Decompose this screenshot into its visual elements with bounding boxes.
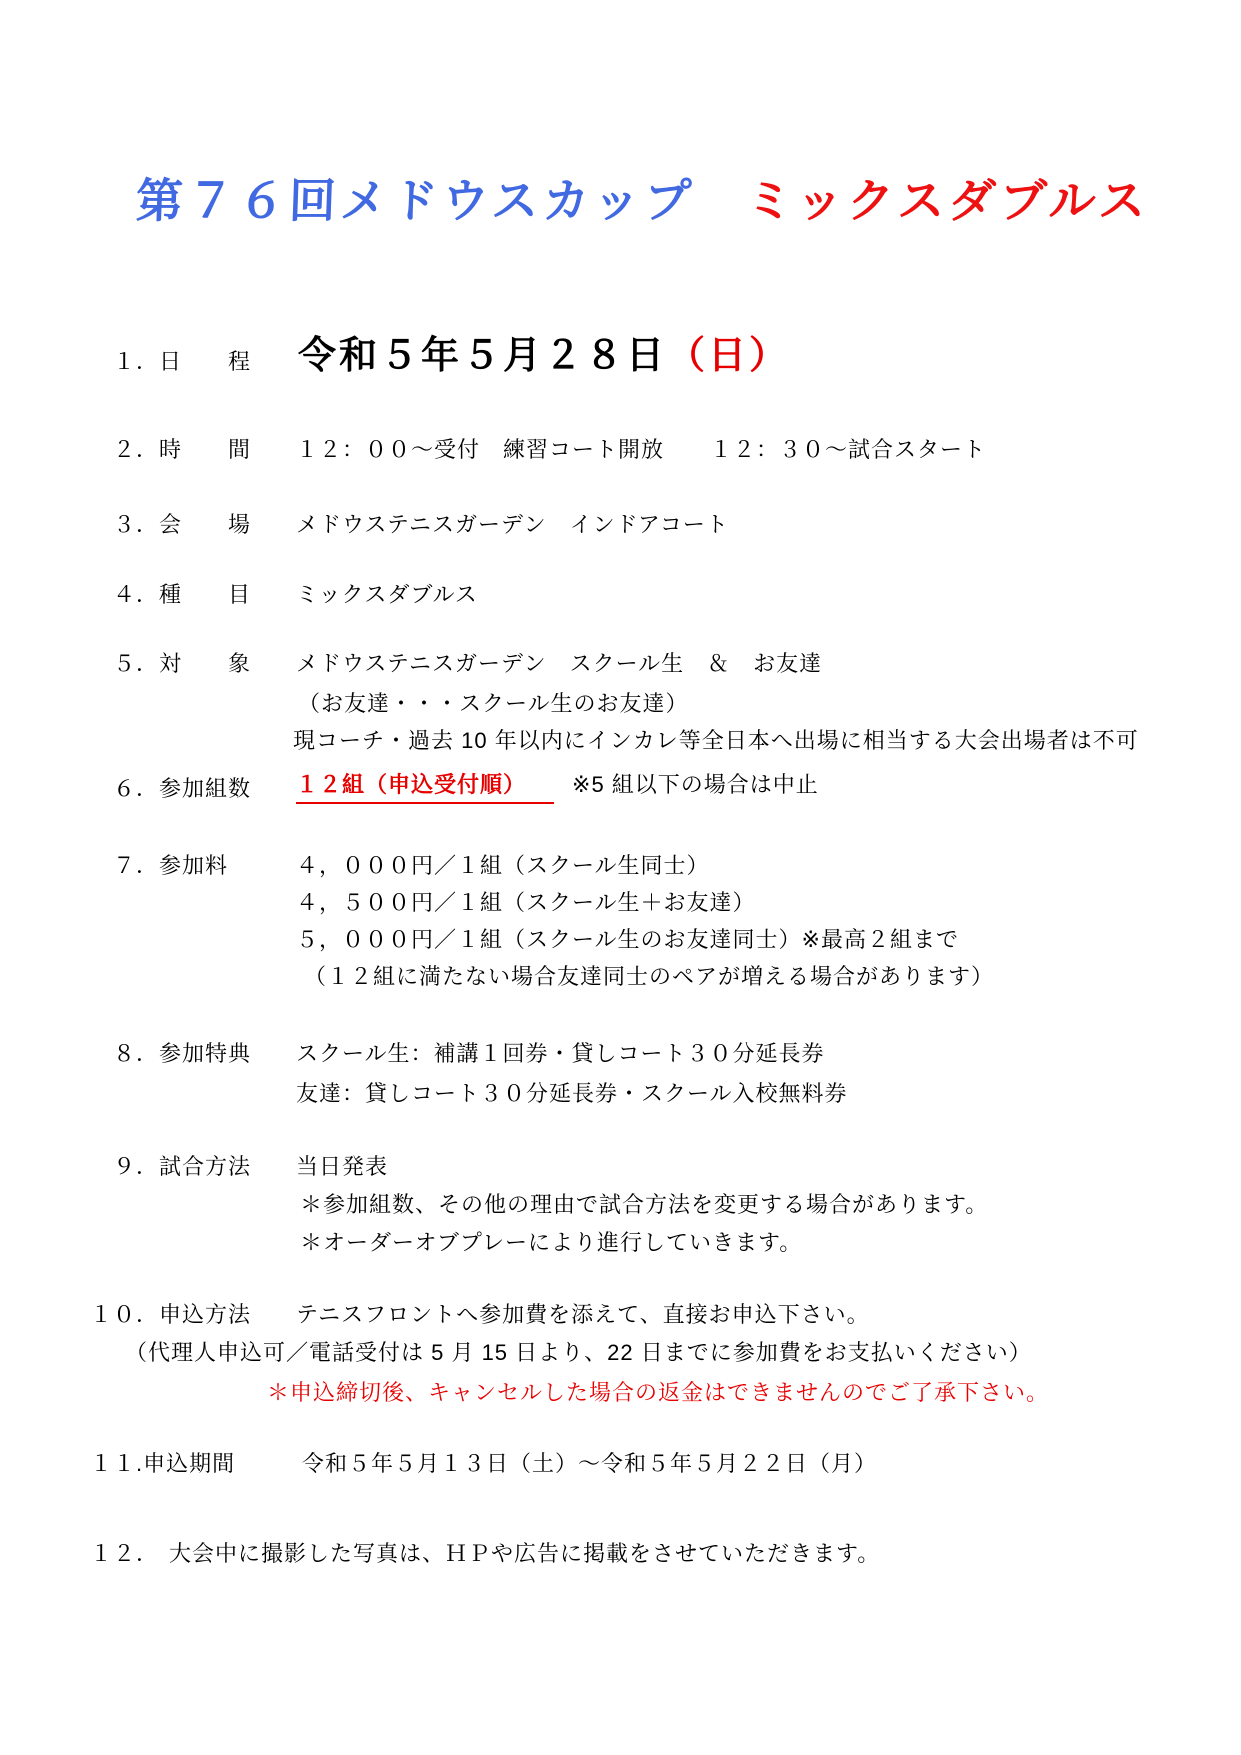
item7-label: ７．参加料 (113, 852, 228, 880)
item3-content: メドウステニスガーデン インドアコート (296, 511, 729, 539)
item5-label: ５．対 象 (113, 650, 251, 678)
item1-date-text: 令和５年５月２８日 (298, 335, 667, 377)
item12-content: 大会中に撮影した写真は、ＨＰや広告に掲載をさせていただきます。 (169, 1541, 880, 1566)
item8-label: ８．参加特典 (113, 1040, 251, 1068)
item5-content: メドウステニスガーデン スクール生 ＆ お友達 (296, 650, 822, 678)
item2-content: １２：００～受付 練習コート開放 １２：３０～試合スタート (296, 436, 986, 464)
item10-label: １０．申込方法 (90, 1301, 251, 1329)
item11-label: １１.申込期間 (90, 1450, 235, 1478)
tournament-flyer-page: 第７６回メドウスカップ ミックスダブルス １．日 程 令和５年５月２８日（日） … (0, 0, 1241, 1755)
item12-line: １２．大会中に撮影した写真は、ＨＰや広告に掲載をさせていただきます。 (90, 1540, 880, 1568)
item2-label: ２．時 間 (113, 436, 251, 464)
item10-note-no-refund: ＊申込締切後、キャンセルした場合の返金はできませんのでご了承下さい。 (267, 1379, 1049, 1407)
item10-note-proxy: （代理人申込可／電話受付は 5 月 15 日より、22 日までに参加費をお支払い… (125, 1339, 1032, 1367)
item1-label: １．日 程 (113, 348, 251, 376)
item7-fee-note: （１２組に満たない場合友達同士のペアが増える場合があります） (304, 963, 994, 991)
item11-content: 令和５年５月１３日（土）～令和５年５月２２日（月） (302, 1450, 877, 1478)
item9-label: ９．試合方法 (113, 1153, 251, 1181)
item7-fee-school-pair: ４，０００円／１組（スクール生同士） (296, 852, 710, 880)
item6-capacity-highlight: １２組（申込受付順） (296, 771, 554, 804)
item3-label: ３．会 場 (113, 511, 251, 539)
item5-note-restriction: 現コーチ・過去 10 年以内にインカレ等全日本へ出場に相当する大会出場者は不可 (293, 727, 1139, 755)
item6-content: １２組（申込受付順）※5 組以下の場合は中止 (296, 771, 819, 804)
item12-label: １２． (90, 1541, 159, 1566)
item7-fee-school-friend: ４，５００円／１組（スクール生＋お友達） (296, 889, 756, 917)
item6-label: ６．参加組数 (113, 775, 251, 803)
item9-note-format-change: ＊参加組数、その他の理由で試合方法を変更する場合があります。 (300, 1191, 988, 1219)
item6-cancellation-note: ※5 組以下の場合は中止 (572, 772, 819, 797)
title-event-type: ミックスダブルス (745, 174, 1150, 227)
item5-note-friends: （お友達・・・スクール生のお友達） (298, 690, 689, 718)
item9-note-order-of-play: ＊オーダーオブプレーにより進行していきます。 (300, 1229, 802, 1257)
item8-benefit-school: スクール生：補講１回券・貸しコート３０分延長券 (296, 1040, 825, 1068)
item1-date: 令和５年５月２８日（日） (298, 324, 790, 379)
page-title: 第７６回メドウスカップ ミックスダブルス (135, 164, 1151, 231)
item4-content: ミックスダブルス (296, 581, 478, 609)
item10-content: テニスフロントへ参加費を添えて、直接お申込下さい。 (296, 1301, 870, 1329)
title-tournament-name: 第７６回メドウスカップ (135, 174, 696, 227)
item4-label: ４．種 目 (113, 581, 251, 609)
item8-benefit-friend: 友達：貸しコート３０分延長券・スクール入校無料券 (296, 1080, 848, 1108)
title-spacer (694, 174, 747, 227)
item9-content: 当日発表 (296, 1153, 388, 1181)
item1-day-of-week: （日） (667, 335, 790, 377)
item7-fee-friends-pair: ５，０００円／１組（スクール生のお友達同士）※最高２組まで (296, 926, 959, 954)
